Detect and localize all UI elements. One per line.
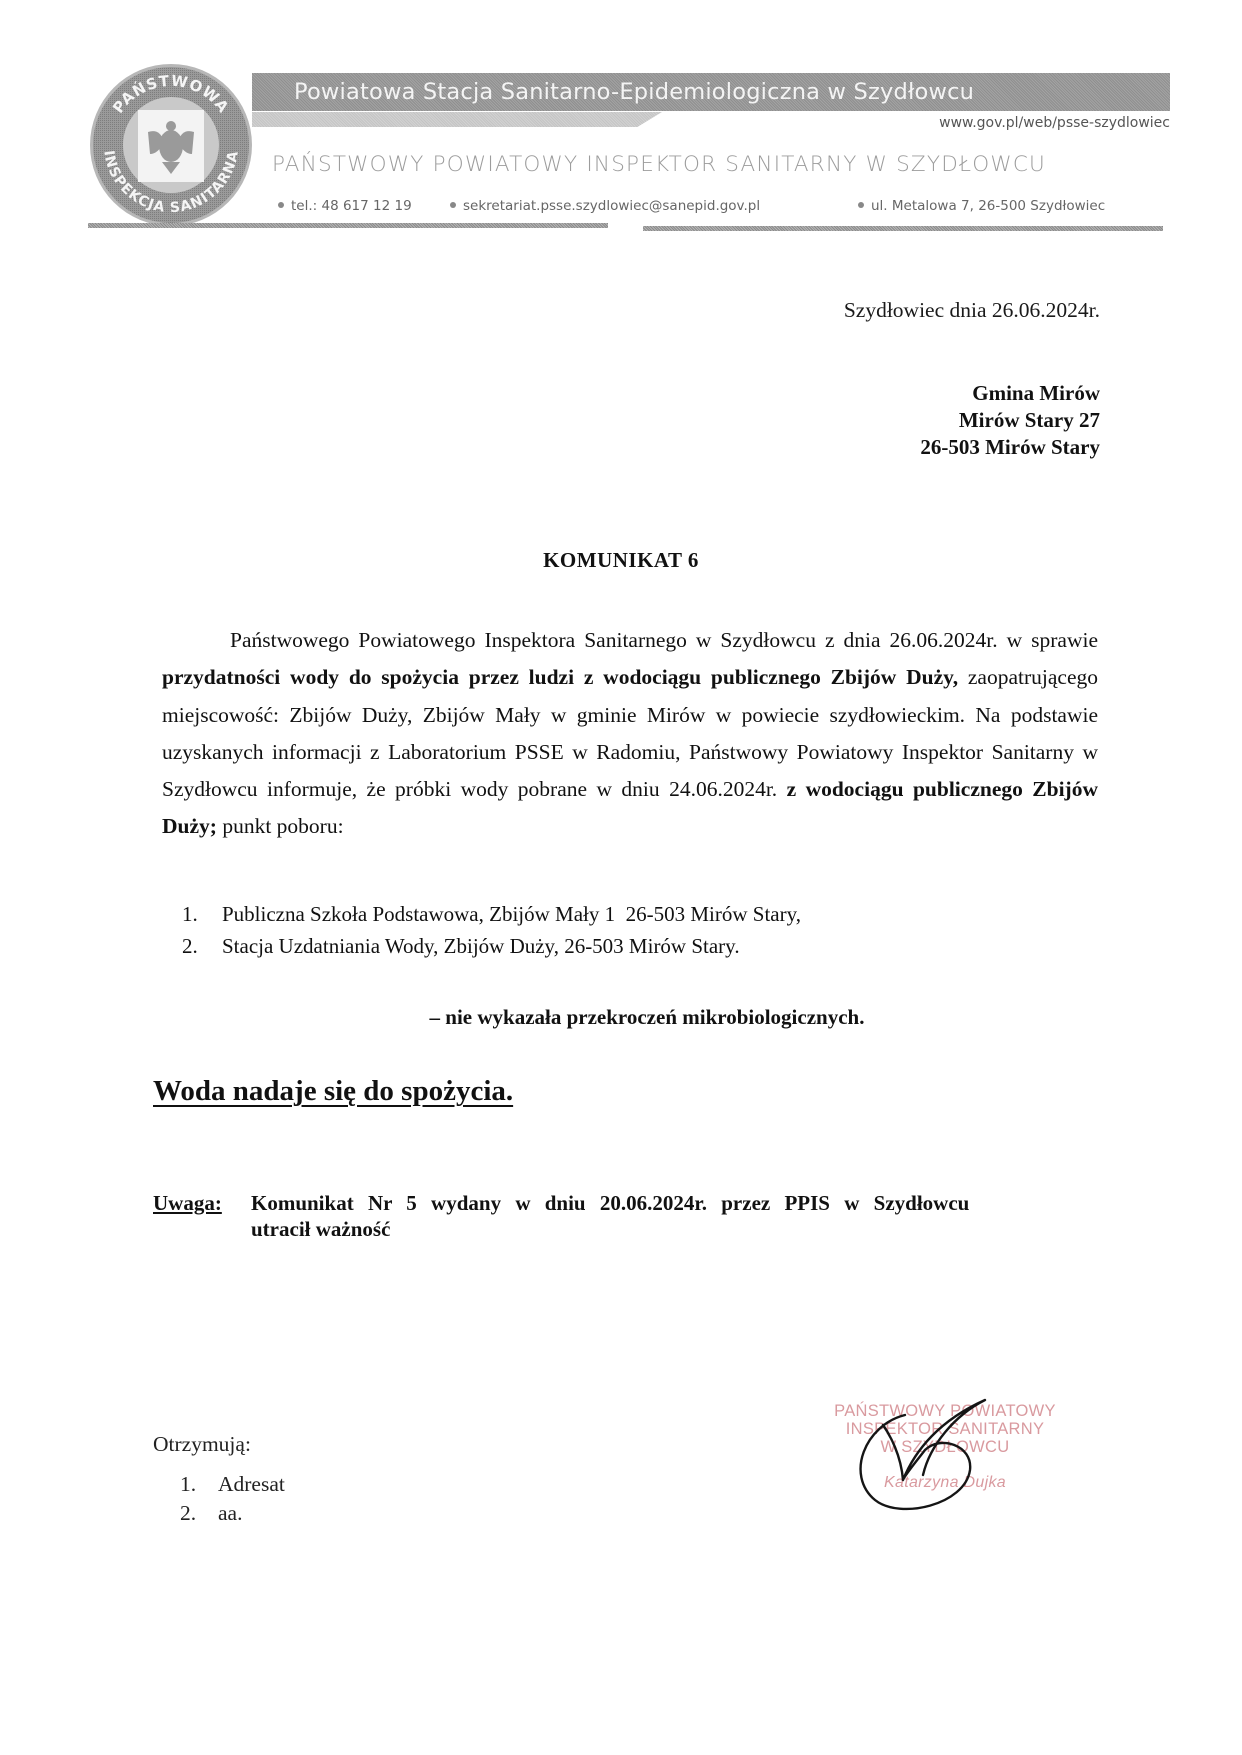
bullet-icon <box>450 202 456 208</box>
station-name-banner: Powiatowa Stacja Sanitarno-Epidemiologic… <box>252 73 1170 111</box>
recipient-line-1: Gmina Mirów <box>920 380 1100 407</box>
sampling-points-list: 1.Publiczna Szkoła Podstawowa, Zbijów Ma… <box>182 898 801 962</box>
signatory-name: Katarzyna Dujka <box>815 1474 1075 1492</box>
contact-bar: tel.: 48 617 12 19 sekretariat.psse.szyd… <box>278 198 1148 218</box>
distribution-list: 1.Adresat 2.aa. <box>180 1470 285 1528</box>
place-and-date: Szydłowiec dnia 26.06.2024r. <box>844 298 1100 323</box>
header-divider-right <box>643 226 1163 231</box>
decorative-stripe <box>252 112 662 127</box>
header-divider-left <box>88 223 608 228</box>
address-contact: ul. Metalowa 7, 26-500 Szydłowiec <box>858 198 1105 214</box>
distribution-label: Otrzymują: <box>153 1432 251 1457</box>
recipient-line-3: 26-503 Mirów Stary <box>920 434 1100 461</box>
state-sanitary-inspection-seal-icon: PAŃSTWOWA INSPEKCJA SANITARNA <box>88 62 254 228</box>
inspector-title: PAŃSTWOWY POWIATOWY INSPEKTOR SANITARNY … <box>272 152 1152 177</box>
list-item: 1.Adresat <box>180 1470 285 1499</box>
document-page: PAŃSTWOWA INSPEKCJA SANITARNA Powiatowa … <box>0 0 1242 1755</box>
list-item: 2.aa. <box>180 1499 285 1528</box>
email-contact[interactable]: sekretariat.psse.szydlowiec@sanepid.gov.… <box>450 198 760 214</box>
water-verdict: Woda nadaje się do spożycia. <box>153 1075 513 1108</box>
list-item: 2.Stacja Uzdatniania Wody, Zbijów Duży, … <box>182 930 801 962</box>
recipient-address: Gmina Mirów Mirów Stary 27 26-503 Mirów … <box>920 380 1100 461</box>
subject-bold: przydatności wody do spożycia przez ludz… <box>162 665 958 689</box>
list-item: 1.Publiczna Szkoła Podstawowa, Zbijów Ma… <box>182 898 801 930</box>
note-label: Uwaga: <box>153 1190 251 1216</box>
recipient-line-2: Mirów Stary 27 <box>920 407 1100 434</box>
test-result: – nie wykazała przekroczeń mikrobiologic… <box>0 1005 1242 1030</box>
official-stamp: PAŃSTWOWY POWIATOWY INSPEKTOR SANITARNY … <box>815 1402 1075 1492</box>
website-link[interactable]: www.gov.pl/web/psse-szydlowiec <box>939 115 1170 131</box>
announcement-body: Państwowego Powiatowego Inspektora Sanit… <box>162 622 1098 846</box>
bullet-icon <box>858 202 864 208</box>
bullet-icon <box>278 202 284 208</box>
phone-contact: tel.: 48 617 12 19 <box>278 198 412 214</box>
note: Uwaga:Komunikat Nr 5 wydany w dniu 20.06… <box>153 1190 1098 1242</box>
document-title: KOMUNIKAT 6 <box>0 548 1242 573</box>
